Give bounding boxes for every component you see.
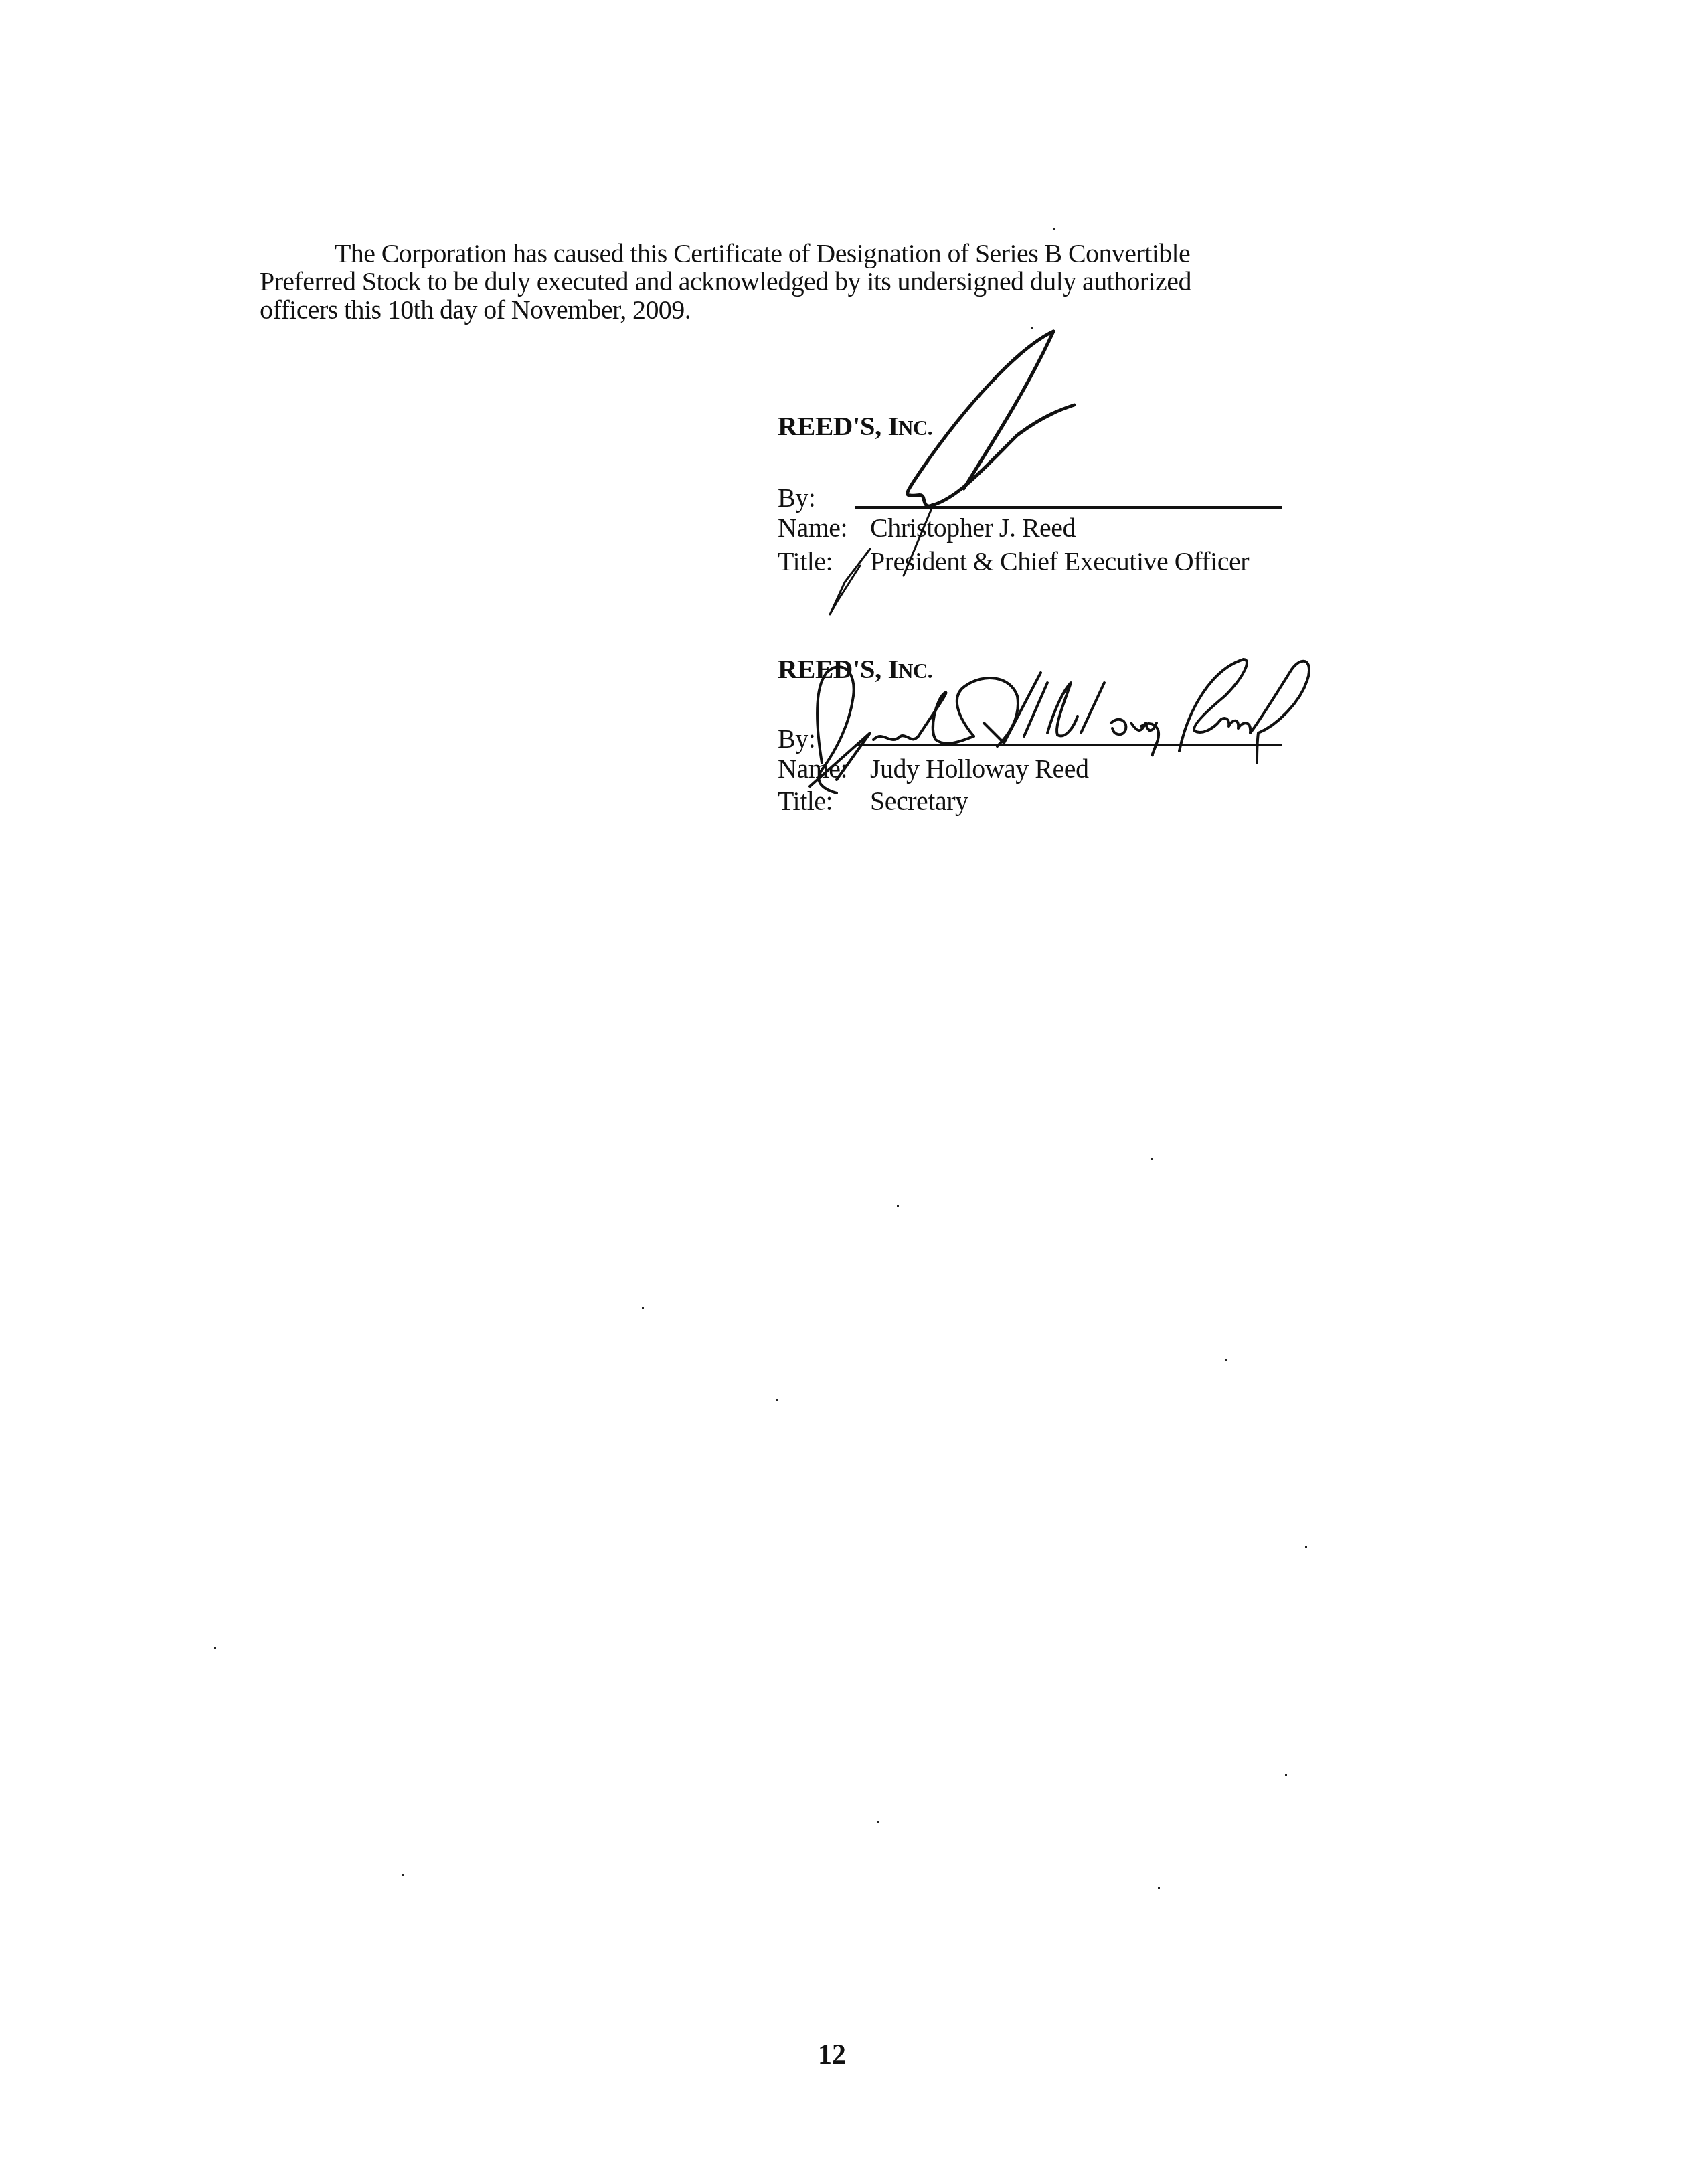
scan-speck <box>1225 1359 1227 1361</box>
paragraph-line: officers this 10th day of November, 2009… <box>260 296 1331 324</box>
signer-title: Secretary <box>870 786 968 816</box>
signer-title: President & Chief Executive Officer <box>870 546 1249 576</box>
name-label: Name: <box>778 753 870 785</box>
signer-name: Judy Holloway Reed <box>870 754 1089 784</box>
name-row: Name:Christopher J. Reed <box>778 512 1076 544</box>
page-number: 12 <box>818 2039 846 2071</box>
by-label: By: <box>778 482 870 514</box>
scan-speck <box>877 1821 879 1823</box>
name-label: Name: <box>778 512 870 544</box>
by-label: By: <box>778 723 870 755</box>
paragraph-line: Preferred Stock to be duly executed and … <box>260 268 1331 296</box>
scan-speck <box>897 1205 899 1207</box>
signature-line <box>855 506 1282 509</box>
signature-block-secretary: REED'S, INC. By: Name:Judy Holloway Reed… <box>778 653 932 687</box>
by-row: By: <box>778 482 870 514</box>
scan-speck <box>402 1874 404 1876</box>
scan-speck <box>1151 1158 1153 1160</box>
document-page: The Corporation has caused this Certific… <box>0 0 1704 2184</box>
scan-speck <box>214 1647 216 1649</box>
paragraph-line: The Corporation has caused this Certific… <box>260 240 1331 268</box>
scan-speck <box>1031 327 1033 329</box>
company-name: REED'S, INC. <box>778 410 932 444</box>
name-row: Name:Judy Holloway Reed <box>778 753 1089 785</box>
signature-line <box>855 744 1282 746</box>
scan-speck <box>1053 228 1055 230</box>
scan-speck <box>1158 1887 1160 1889</box>
company-name: REED'S, INC. <box>778 653 932 687</box>
scan-speck <box>1285 1774 1287 1776</box>
scan-speck <box>776 1399 778 1401</box>
by-row: By: <box>778 723 870 755</box>
execution-paragraph: The Corporation has caused this Certific… <box>260 240 1331 324</box>
title-label: Title: <box>778 785 870 817</box>
signer-name: Christopher J. Reed <box>870 513 1076 543</box>
handwritten-signatures <box>0 0 1704 2184</box>
title-row: Title:President & Chief Executive Office… <box>778 545 1249 578</box>
title-label: Title: <box>778 545 870 578</box>
scan-speck <box>1305 1546 1307 1548</box>
signature-block-ceo: REED'S, INC. By: Name:Christopher J. Ree… <box>778 410 932 444</box>
scan-speck <box>642 1307 644 1309</box>
title-row: Title:Secretary <box>778 785 968 817</box>
